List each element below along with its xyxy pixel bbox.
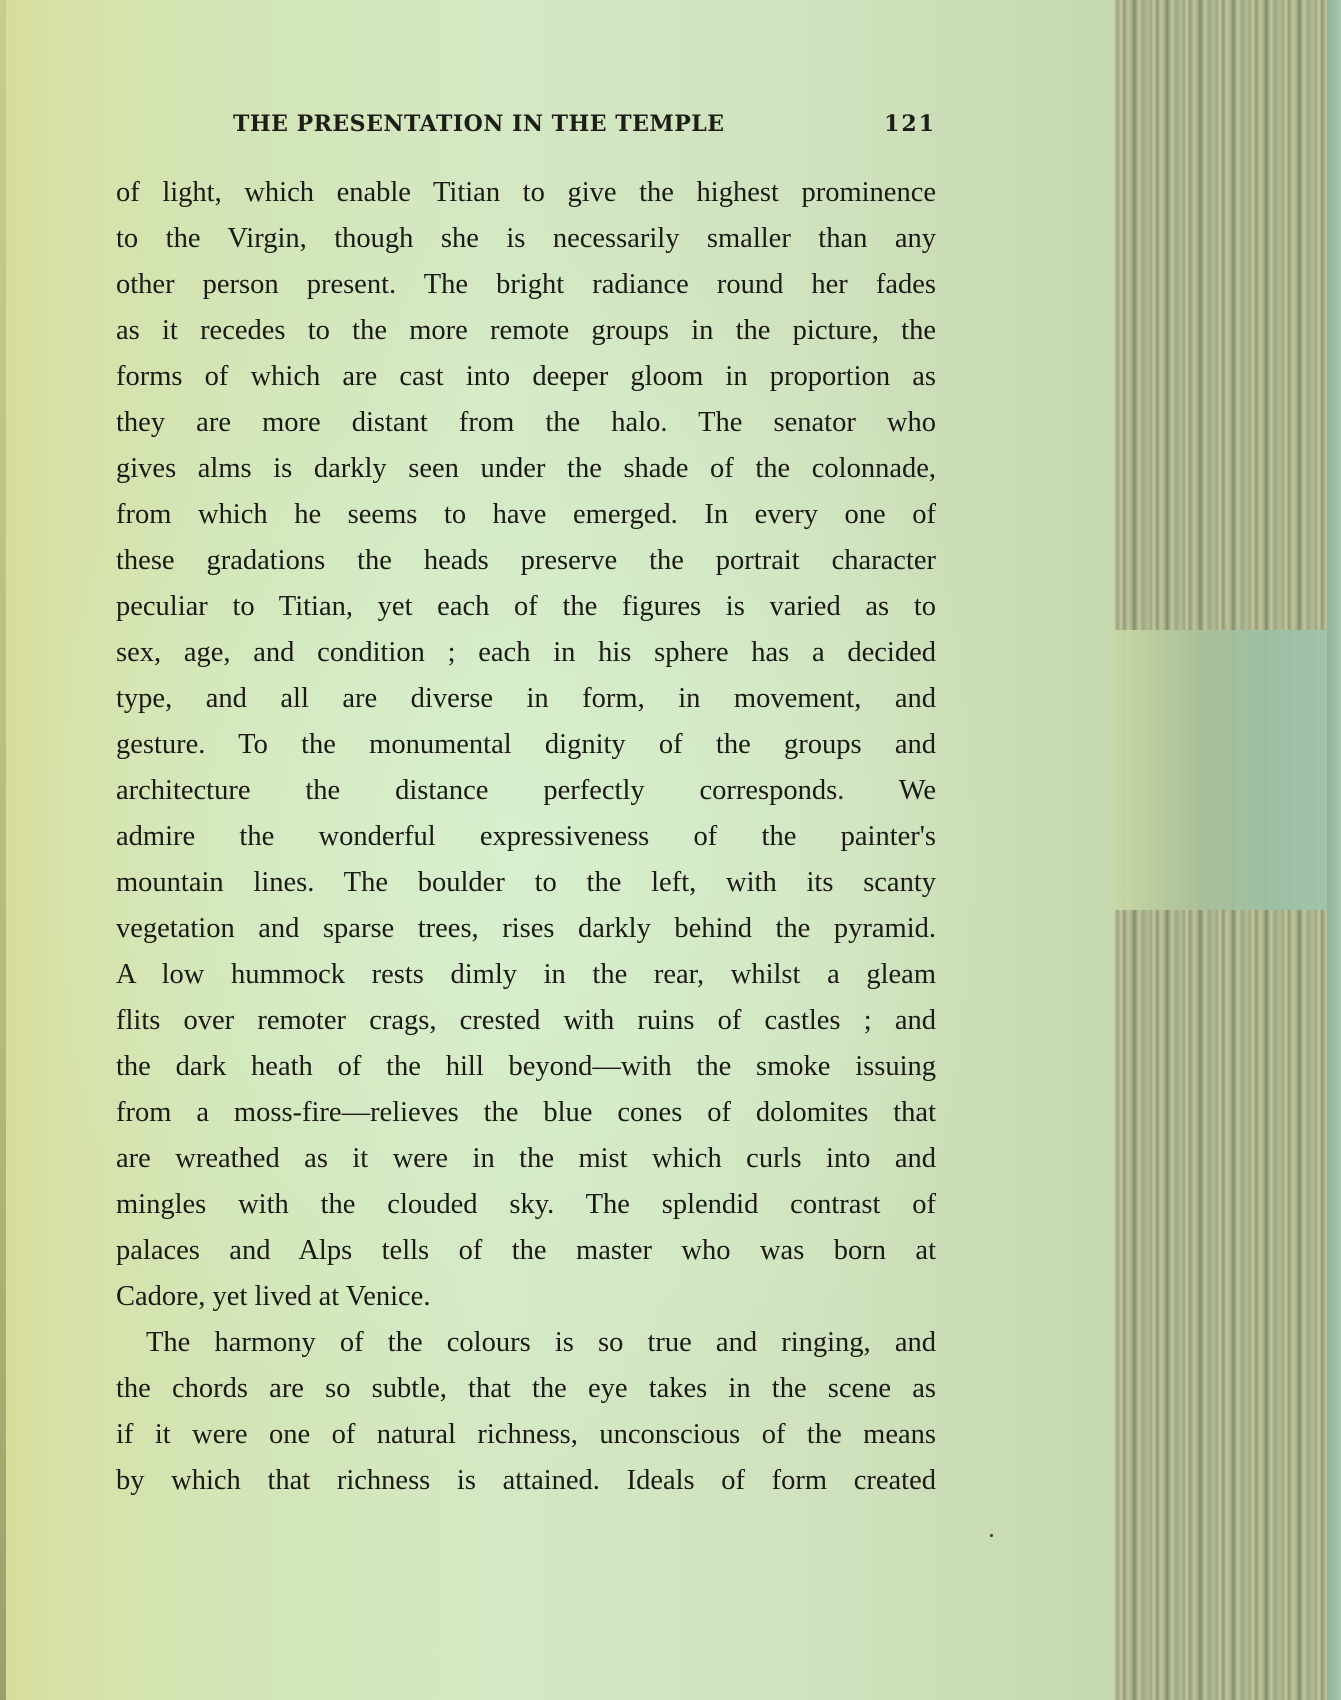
text-line: forms of which are cast into deeper gloo… <box>116 354 936 400</box>
text-line: these gradations the heads preserve the … <box>116 538 936 584</box>
text-line: type, and all are diverse in form, in mo… <box>116 676 936 722</box>
text-line: flits over remoter crags, crested with r… <box>116 998 936 1044</box>
text-line: from which he seems to have emerged. In … <box>116 492 936 538</box>
text-line: by which that richness is attained. Idea… <box>116 1458 936 1504</box>
paper-speck <box>990 1534 993 1537</box>
text-line: gesture. To the monumental dignity of th… <box>116 722 936 768</box>
page-edges-stack <box>1115 0 1341 1700</box>
book-page: THE PRESENTATION IN THE TEMPLE 121 of li… <box>0 0 1115 1700</box>
text-line: if it were one of natural richness, unco… <box>116 1412 936 1458</box>
text-line: gives alms is darkly seen under the shad… <box>116 446 936 492</box>
text-line: the chords are so subtle, that the eye t… <box>116 1366 936 1412</box>
page-edges-right <box>1327 0 1341 1700</box>
text-line: they are more distant from the halo. The… <box>116 400 936 446</box>
text-line: A low hummock rests dimly in the rear, w… <box>116 952 936 998</box>
text-line: the dark heath of the hill beyond—with t… <box>116 1044 936 1090</box>
running-head: THE PRESENTATION IN THE TEMPLE 121 <box>233 111 936 141</box>
text-line: Cadore, yet lived at Venice. <box>116 1274 936 1320</box>
paragraph-1: of light, which enable Titian to give th… <box>116 170 936 1320</box>
text-line: from a moss-fire—relieves the blue cones… <box>116 1090 936 1136</box>
text-line: of light, which enable Titian to give th… <box>116 170 936 216</box>
running-head-title: THE PRESENTATION IN THE TEMPLE <box>233 111 725 137</box>
page-left-edge <box>0 0 6 1700</box>
text-line: mountain lines. The boulder to the left,… <box>116 860 936 906</box>
page-edges-glare <box>1115 630 1341 910</box>
paragraph-2: The harmony of the colours is so true an… <box>116 1320 936 1504</box>
text-line: vegetation and sparse trees, rises darkl… <box>116 906 936 952</box>
text-line: The harmony of the colours is so true an… <box>116 1320 936 1366</box>
text-line: to the Virgin, though she is necessarily… <box>116 216 936 262</box>
text-line: other person present. The bright radianc… <box>116 262 936 308</box>
text-line: architecture the distance perfectly corr… <box>116 768 936 814</box>
text-line: as it recedes to the more remote groups … <box>116 308 936 354</box>
text-line: palaces and Alps tells of the master who… <box>116 1228 936 1274</box>
text-line: admire the wonderful expressiveness of t… <box>116 814 936 860</box>
page-number: 121 <box>884 111 936 137</box>
text-line: mingles with the clouded sky. The splend… <box>116 1182 936 1228</box>
text-line: are wreathed as it were in the mist whic… <box>116 1136 936 1182</box>
text-line: peculiar to Titian, yet each of the figu… <box>116 584 936 630</box>
body-text: of light, which enable Titian to give th… <box>116 170 936 1504</box>
text-line: sex, age, and condition ; each in his sp… <box>116 630 936 676</box>
